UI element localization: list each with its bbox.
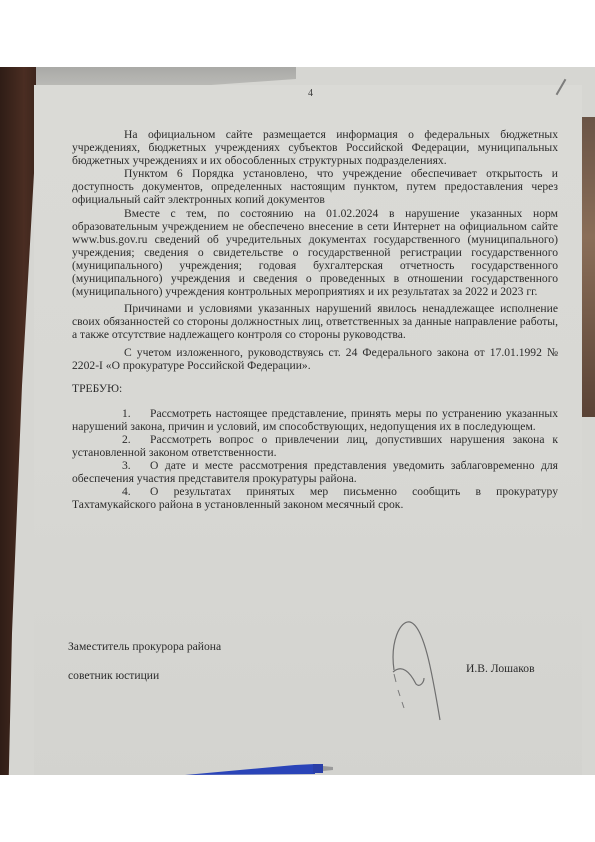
paragraph-4: Причинами и условиями указанных нарушени… (72, 302, 558, 341)
signatory-position: Заместитель прокурора района советник юс… (68, 640, 221, 698)
ballpoint-pen-icon (185, 762, 335, 775)
table-background-right (580, 117, 595, 417)
demand-number: 1. (122, 407, 150, 420)
demand-item-4: 4.О результатах принятых мер письменно с… (72, 485, 558, 511)
demand-item-1: 1.Рассмотреть настоящее представление, п… (72, 407, 558, 433)
demand-item-3: 3.О дате и месте рассмотрения представле… (72, 459, 558, 485)
paragraph-3: Вместе с тем, по состоянию на 01.02.2024… (72, 207, 558, 299)
demand-number: 2. (122, 433, 150, 446)
handwritten-signature-icon (380, 612, 450, 722)
document-body: На официальном сайте размещается информа… (72, 128, 558, 512)
position-title: Заместитель прокурора района (68, 640, 221, 653)
demand-number: 3. (122, 459, 150, 472)
demand-heading: ТРЕБУЮ: (72, 382, 558, 395)
demand-item-2: 2.Рассмотреть вопрос о привлечении лиц, … (72, 433, 558, 459)
paragraph-5: С учетом изложенного, руководствуясь ст.… (72, 346, 558, 372)
position-rank: советник юстиции (68, 669, 221, 682)
page-number: 4 (308, 88, 313, 99)
paragraph-1: На официальном сайте размещается информа… (72, 128, 558, 167)
paragraph-2: Пунктом 6 Порядка установлено, что учреж… (72, 167, 558, 206)
demand-number: 4. (122, 485, 150, 498)
signatory-name: И.В. Лошаков (466, 662, 535, 675)
